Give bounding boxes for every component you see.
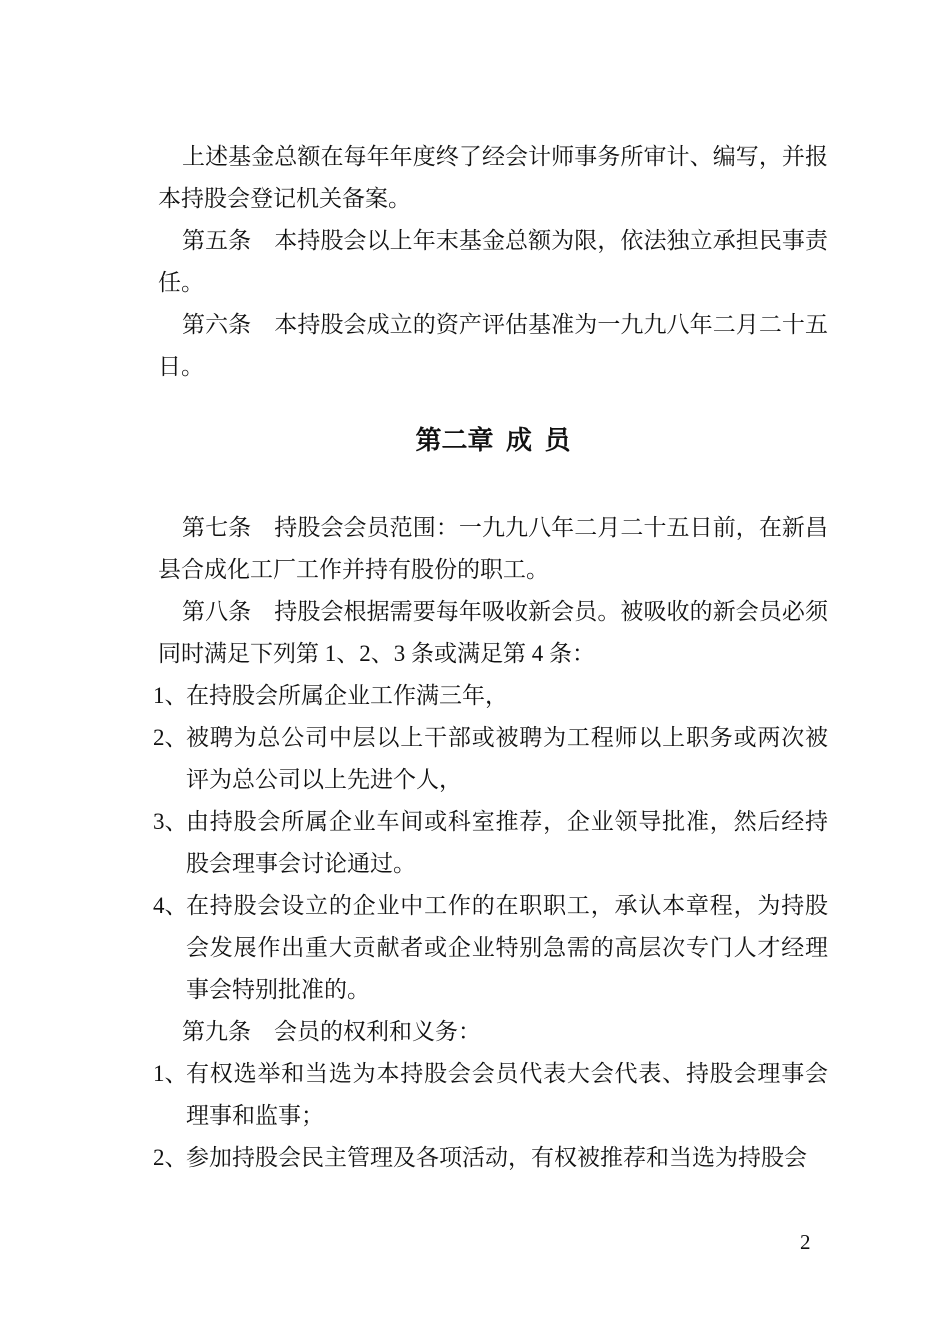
chapter-heading: 第二章 成 员 — [158, 420, 828, 462]
paragraph: 第九条 会员的权利和义务： — [158, 1011, 828, 1053]
document-page: 上述基金总额在每年年度终了经会计师事务所审计、编写，并报本持股会登记机关备案。第… — [0, 0, 950, 1342]
list-item: 2、参加持股会民主管理及各项活动，有权被推荐和当选为持股会 — [153, 1137, 828, 1179]
list-item-number: 1、 — [153, 1053, 188, 1095]
list-item-text: 参加持股会民主管理及各项活动，有权被推荐和当选为持股会 — [186, 1145, 807, 1170]
list-item-text: 由持股会所属企业车间或科室推荐，企业领导批准，然后经持股会理事会讨论通过。 — [186, 809, 828, 876]
list-item-text: 有权选举和当选为本持股会会员代表大会代表、持股会理事会理事和监事； — [186, 1061, 828, 1128]
list-item-number: 2、 — [153, 1137, 188, 1179]
list-item: 1、在持股会所属企业工作满三年， — [153, 675, 828, 717]
list-item-number: 4、 — [153, 885, 188, 927]
list-item: 3、由持股会所属企业车间或科室推荐，企业领导批准，然后经持股会理事会讨论通过。 — [153, 801, 828, 885]
list-item-number: 3、 — [153, 801, 188, 843]
list-item: 4、在持股会设立的企业中工作的在职职工，承认本章程，为持股会发展作出重大贡献者或… — [153, 885, 828, 1011]
list-item: 1、有权选举和当选为本持股会会员代表大会代表、持股会理事会理事和监事； — [153, 1053, 828, 1137]
list-item-text: 被聘为总公司中层以上干部或被聘为工程师以上职务或两次被评为总公司以上先进个人， — [186, 725, 828, 792]
list-item-text: 在持股会所属企业工作满三年， — [186, 683, 508, 708]
list-item-number: 1、 — [153, 675, 188, 717]
list-item-text: 在持股会设立的企业中工作的在职职工，承认本章程，为持股会发展作出重大贡献者或企业… — [186, 893, 828, 1002]
list-item-number: 2、 — [153, 717, 188, 759]
page-number: 2 — [800, 1228, 811, 1256]
list-item: 2、被聘为总公司中层以上干部或被聘为工程师以上职务或两次被评为总公司以上先进个人… — [153, 717, 828, 801]
paragraph: 第八条 持股会根据需要每年吸收新会员。被吸收的新会员必须同时满足下列第 1、2、… — [158, 591, 828, 675]
document-body: 上述基金总额在每年年度终了经会计师事务所审计、编写，并报本持股会登记机关备案。第… — [158, 136, 828, 1179]
paragraph: 第六条 本持股会成立的资产评估基准为一九九八年二月二十五日。 — [158, 304, 828, 388]
paragraph: 第七条 持股会会员范围：一九九八年二月二十五日前，在新昌县合成化工厂工作并持有股… — [158, 507, 828, 591]
paragraph: 第五条 本持股会以上年末基金总额为限，依法独立承担民事责任。 — [158, 220, 828, 304]
paragraph: 上述基金总额在每年年度终了经会计师事务所审计、编写，并报本持股会登记机关备案。 — [158, 136, 828, 220]
